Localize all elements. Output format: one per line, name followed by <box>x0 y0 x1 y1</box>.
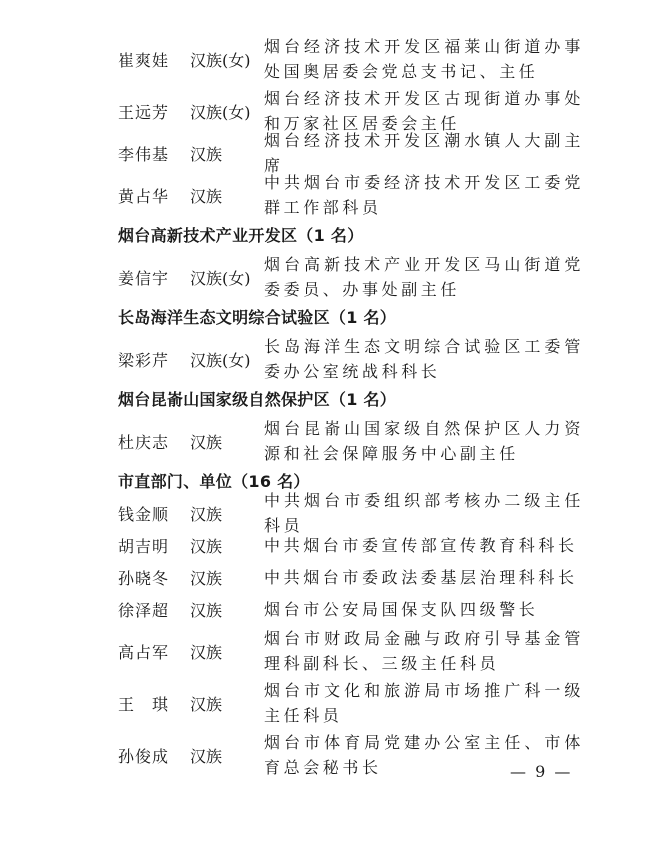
roster-entry: 梁彩芹 汉族(女) 长岛海洋生态文明综合试验区工委管委办公室统战科科长 <box>118 333 588 385</box>
person-name: 杜庆志 <box>118 430 190 453</box>
person-name: 梁彩芹 <box>118 348 190 371</box>
person-position: 中共烟台市委宣传部宣传教育科科长 <box>264 533 584 558</box>
person-ethnicity: 汉族(女) <box>190 266 264 289</box>
person-name: 王远芳 <box>118 100 190 123</box>
person-position: 烟台市公安局国保支队四级警长 <box>264 597 584 622</box>
person-name: 高占军 <box>118 640 190 663</box>
person-position: 烟台高新技术产业开发区马山街道党委委员、办事处副主任 <box>264 251 584 303</box>
person-ethnicity: 汉族(女) <box>190 48 264 71</box>
person-name: 姜信宇 <box>118 266 190 289</box>
person-position: 长岛海洋生态文明综合试验区工委管委办公室统战科科长 <box>264 333 584 385</box>
person-ethnicity: 汉族 <box>190 598 264 621</box>
roster-entry: 李伟基 汉族 烟台经济技术开发区潮水镇人大副主席 <box>118 137 588 169</box>
person-ethnicity: 汉族 <box>190 566 264 589</box>
person-ethnicity: 汉族 <box>190 692 264 715</box>
person-ethnicity: 汉族 <box>190 534 264 557</box>
person-name: 徐泽超 <box>118 598 190 621</box>
person-ethnicity: 汉族(女) <box>190 100 264 123</box>
roster-entry: 徐泽超 汉族 烟台市公安局国保支队四级警长 <box>118 593 588 625</box>
person-ethnicity: 汉族 <box>190 430 264 453</box>
person-position: 烟台市文化和旅游局市场推广科一级主任科员 <box>264 677 584 729</box>
person-position: 烟台经济技术开发区福莱山街道办事处国奥居委会党总支书记、主任 <box>264 33 584 85</box>
person-position: 中共烟台市委政法委基层治理科科长 <box>264 565 584 590</box>
roster-entry: 黄占华 汉族 中共烟台市委经济技术开发区工委党群工作部科员 <box>118 169 588 221</box>
roster-entry: 孙晓冬 汉族 中共烟台市委政法委基层治理科科长 <box>118 561 588 593</box>
roster-entry: 高占军 汉族 烟台市财政局金融与政府引导基金管理科副科长、三级主任科员 <box>118 625 588 677</box>
roster-entry: 姜信宇 汉族(女) 烟台高新技术产业开发区马山街道党委委员、办事处副主任 <box>118 251 588 303</box>
person-name: 孙晓冬 <box>118 566 190 589</box>
person-name: 钱金顺 <box>118 502 190 525</box>
person-name: 王 琪 <box>118 692 190 715</box>
page-number: — 9 — <box>510 762 572 781</box>
person-name: 孙俊成 <box>118 744 190 767</box>
roster-entry: 胡吉明 汉族 中共烟台市委宣传部宣传教育科科长 <box>118 529 588 561</box>
person-ethnicity: 汉族 <box>190 640 264 663</box>
roster-list: 崔爽娃 汉族(女) 烟台经济技术开发区福莱山街道办事处国奥居委会党总支书记、主任… <box>118 33 588 781</box>
person-position: 中共烟台市委经济技术开发区工委党群工作部科员 <box>264 169 584 221</box>
roster-entry: 王 琪 汉族 烟台市文化和旅游局市场推广科一级主任科员 <box>118 677 588 729</box>
roster-entry: 杜庆志 汉族 烟台昆嵛山国家级自然保护区人力资源和社会保障服务中心副主任 <box>118 415 588 467</box>
person-ethnicity: 汉族 <box>190 744 264 767</box>
person-ethnicity: 汉族(女) <box>190 348 264 371</box>
document-page: 崔爽娃 汉族(女) 烟台经济技术开发区福莱山街道办事处国奥居委会党总支书记、主任… <box>0 0 666 857</box>
roster-entry: 钱金顺 汉族 中共烟台市委组织部考核办二级主任科员 <box>118 497 588 529</box>
person-name: 李伟基 <box>118 142 190 165</box>
person-name: 崔爽娃 <box>118 48 190 71</box>
roster-entry: 崔爽娃 汉族(女) 烟台经济技术开发区福莱山街道办事处国奥居委会党总支书记、主任 <box>118 33 588 85</box>
person-position: 烟台市财政局金融与政府引导基金管理科副科长、三级主任科员 <box>264 625 584 677</box>
person-position: 中共烟台市委组织部考核办二级主任科员 <box>264 488 584 538</box>
person-ethnicity: 汉族 <box>190 184 264 207</box>
person-name: 胡吉明 <box>118 534 190 557</box>
person-name: 黄占华 <box>118 184 190 207</box>
section-heading: 烟台高新技术产业开发区（1 名） <box>118 221 588 251</box>
person-ethnicity: 汉族 <box>190 142 264 165</box>
person-ethnicity: 汉族 <box>190 502 264 525</box>
section-heading: 长岛海洋生态文明综合试验区（1 名） <box>118 303 588 333</box>
section-heading: 烟台昆嵛山国家级自然保护区（1 名） <box>118 385 588 415</box>
person-position: 烟台昆嵛山国家级自然保护区人力资源和社会保障服务中心副主任 <box>264 415 584 467</box>
